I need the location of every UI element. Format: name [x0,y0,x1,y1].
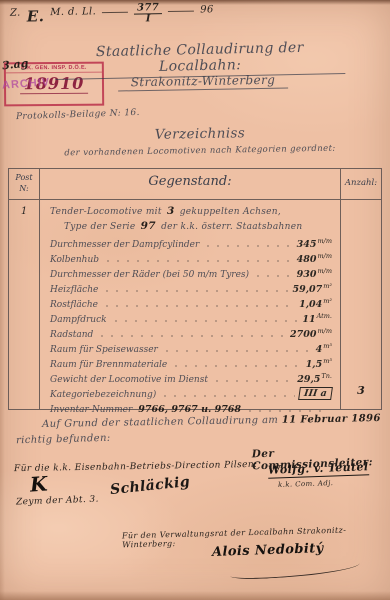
spec-row-category: Kategoriebezeichnung) III a [50,385,332,400]
table-header: Post N: Gegenstand: Anzahl: [9,169,381,200]
spec-unit: m/m [317,327,332,335]
spec-row-cylinder: Durchmesser der Dampfcylinder 345m/m [50,235,332,250]
cell-subject: Tender-Locomotive mit 3 gekuppelten Achs… [40,200,341,409]
attachment-note: Protokolls-Beilage N: 16. [16,108,140,122]
spec-value: 1,04m² [299,297,332,310]
spec-value-number: 480 [297,254,317,265]
spec-value-number: 2700 [290,329,316,340]
dotted-leader [103,257,293,263]
list-subheading: der vorhandenen Locomotiven nach Kategor… [30,143,370,159]
header-post-number: Post N: [9,169,40,199]
spec-value-number: 4 [316,344,323,355]
desc1-pre: Tender-Locomotive mit [50,207,162,217]
docket-fraction: 377 I [134,3,162,24]
spec-label: Durchmesser der Dampfcylinder [50,240,199,250]
cell-post-number: 1 [9,200,40,409]
stamp-annotation: 3.ag [1,57,29,73]
post-number-value: 1 [9,200,39,217]
direction-signature-initial: K [29,471,48,496]
dotted-leader [102,302,295,308]
spec-row-service-weight: Gewicht der Locomotive im Dienst 29,5Tn. [50,370,332,385]
spec-label: Dampfdruck [50,315,107,325]
collaudation-date: 11 Februar 1896 [282,413,381,426]
spec-value: 11Atm. [302,312,332,325]
spec-label: Raum für Speisewasser [50,345,158,355]
docket-suffix: M. d. Ll. [50,6,96,18]
spec-row-stroke: Kolbenhub 480m/m [50,250,332,265]
board-signature: Alois Nedobitý [212,541,324,560]
desc1-post: gekuppelten Achsen, [180,207,281,217]
spec-label: Heizfläche [50,285,98,295]
spec-row-grate-area: Rostfläche 1,04m² [50,295,332,310]
category-box: III a [298,387,333,400]
spec-value-number: 930 [297,269,317,280]
description-line-1: Tender-Locomotive mit 3 gekuppelten Achs… [50,205,332,220]
table-body: 1 Tender-Locomotive mit 3 gekuppelten Ac… [9,200,381,409]
dotted-leader [245,407,328,413]
docket-fraction-bottom: I [146,14,151,24]
header-subject: Gegenstand: [40,169,341,199]
spec-value: 59,07m² [292,282,332,295]
direction-signature-note: Zeym der Abt. 3. [16,495,99,508]
spec-value: 4m³ [316,342,332,355]
spec-value: 930m/m [297,267,332,280]
spec-unit: m/m [317,267,332,275]
spec-unit: m³ [323,342,332,350]
dotted-leader [162,347,312,353]
spec-value-number: 1,04 [299,299,322,310]
commission-leader-signature: Wolfg. v. Teutel [268,460,369,479]
dotted-leader [102,287,288,293]
spec-row-water-capacity: Raum für Speisewasser 4m³ [50,340,332,355]
document-page: Z. E. M. d. Ll. 377 I 96 K.K. GEN. INSP.… [0,0,390,600]
desc2-pre: Type der Serie [64,222,136,232]
spec-unit: Tn. [321,372,332,380]
statement-text: Auf Grund der staatlichen Collaudirung a… [42,415,278,430]
spec-unit: m³ [323,357,332,365]
spec-value-number: 1,5 [306,359,323,370]
list-heading: Verzeichniss [120,125,280,144]
locomotive-table: Post N: Gegenstand: Anzahl: 1 Tender-Loc… [8,168,382,410]
dotted-leader [203,242,292,248]
spec-unit: Atm. [317,312,332,320]
header-post-line1: Post [9,172,39,183]
spec-label: Kolbenhub [50,255,99,265]
cell-count: 3 [341,200,381,409]
spec-row-inventory: Inventar-Nummer 9766, 9767 u. 9768 [50,400,332,415]
docket-stroke [102,12,128,13]
closing-statement-line1: Auf Grund der staatlichen Collaudirung a… [42,413,381,430]
spec-value: 480m/m [297,252,332,265]
spec-label: Raum für Brennmateriale [50,360,167,370]
spec-unit: m² [323,297,332,305]
dotted-leader [160,392,295,398]
spec-label: Durchmesser der Räder (bei 50 m/m Tyres) [50,270,249,280]
header-count: Anzahl: [341,169,381,199]
spec-label: Rostfläche [50,300,98,310]
docket-letter: E. [27,7,45,25]
spec-value-number: 345 [297,239,317,250]
subject-content: Tender-Locomotive mit 3 gekuppelten Achs… [40,200,340,415]
docket-year: 96 [200,4,214,15]
dotted-leader [111,317,299,323]
spec-value-number: 59,07 [292,284,322,295]
page-subtitle: Strakonitz-Winterberg [118,73,288,92]
dotted-leader [171,362,301,368]
header-post-line2: N: [9,183,39,194]
dotted-leader [253,272,293,278]
count-value: 3 [341,384,381,397]
spec-label: Gewicht der Locomotive im Dienst [50,375,208,385]
desc2-number: 97 [139,220,158,232]
spec-value-number: 11 [302,314,315,325]
desc1-number: 3 [165,205,177,217]
description-line-2: Type der Serie 97 der k.k. österr. Staat… [50,220,332,235]
direction-signature-scribble: Schläckig [109,474,190,498]
spec-label: Kategoriebezeichnung) [50,390,156,400]
spec-label: Radstand [50,330,93,340]
spec-row-fuel-capacity: Raum für Brennmateriale 1,5m³ [50,355,332,370]
spec-row-wheelbase: Radstand 2700m/m [50,325,332,340]
spec-unit: m² [323,282,332,290]
spec-value: 345m/m [297,237,332,250]
spec-row-wheels: Durchmesser der Räder (bei 50 m/m Tyres)… [50,265,332,280]
docket-prefix: Z. [10,8,21,19]
spec-unit: m/m [317,237,332,245]
commission-leader-rank: k.k. Com. Adj. [278,479,334,489]
spec-value: 29,5Tn. [297,372,332,385]
spec-unit: m/m [317,252,332,260]
spec-value: 2700m/m [290,327,332,340]
railway-direction-label: Für die k.k. Eisenbahn-Betriebs-Directio… [14,460,258,474]
spec-row-heating-area: Heizfläche 59,07m² [50,280,332,295]
spec-value-number: 29,5 [297,374,320,385]
docket-stroke [168,11,194,12]
inventory-numbers: 9766, 9767 u. 9768 [138,404,241,415]
category-designation: III a [299,387,332,400]
dotted-leader [212,377,293,383]
spec-row-steam-pressure: Dampfdruck 11Atm. [50,310,332,325]
desc2-post: der k.k. österr. Staatsbahnen [161,222,302,232]
signature-flourish [230,559,361,581]
closing-statement-line2: richtig befunden: [16,433,111,446]
docket-line: Z. E. M. d. Ll. 377 I 96 [10,4,214,27]
spec-value: 1,5m³ [306,357,332,370]
dotted-leader [97,332,286,338]
spec-label: Inventar-Nummer [50,405,132,415]
